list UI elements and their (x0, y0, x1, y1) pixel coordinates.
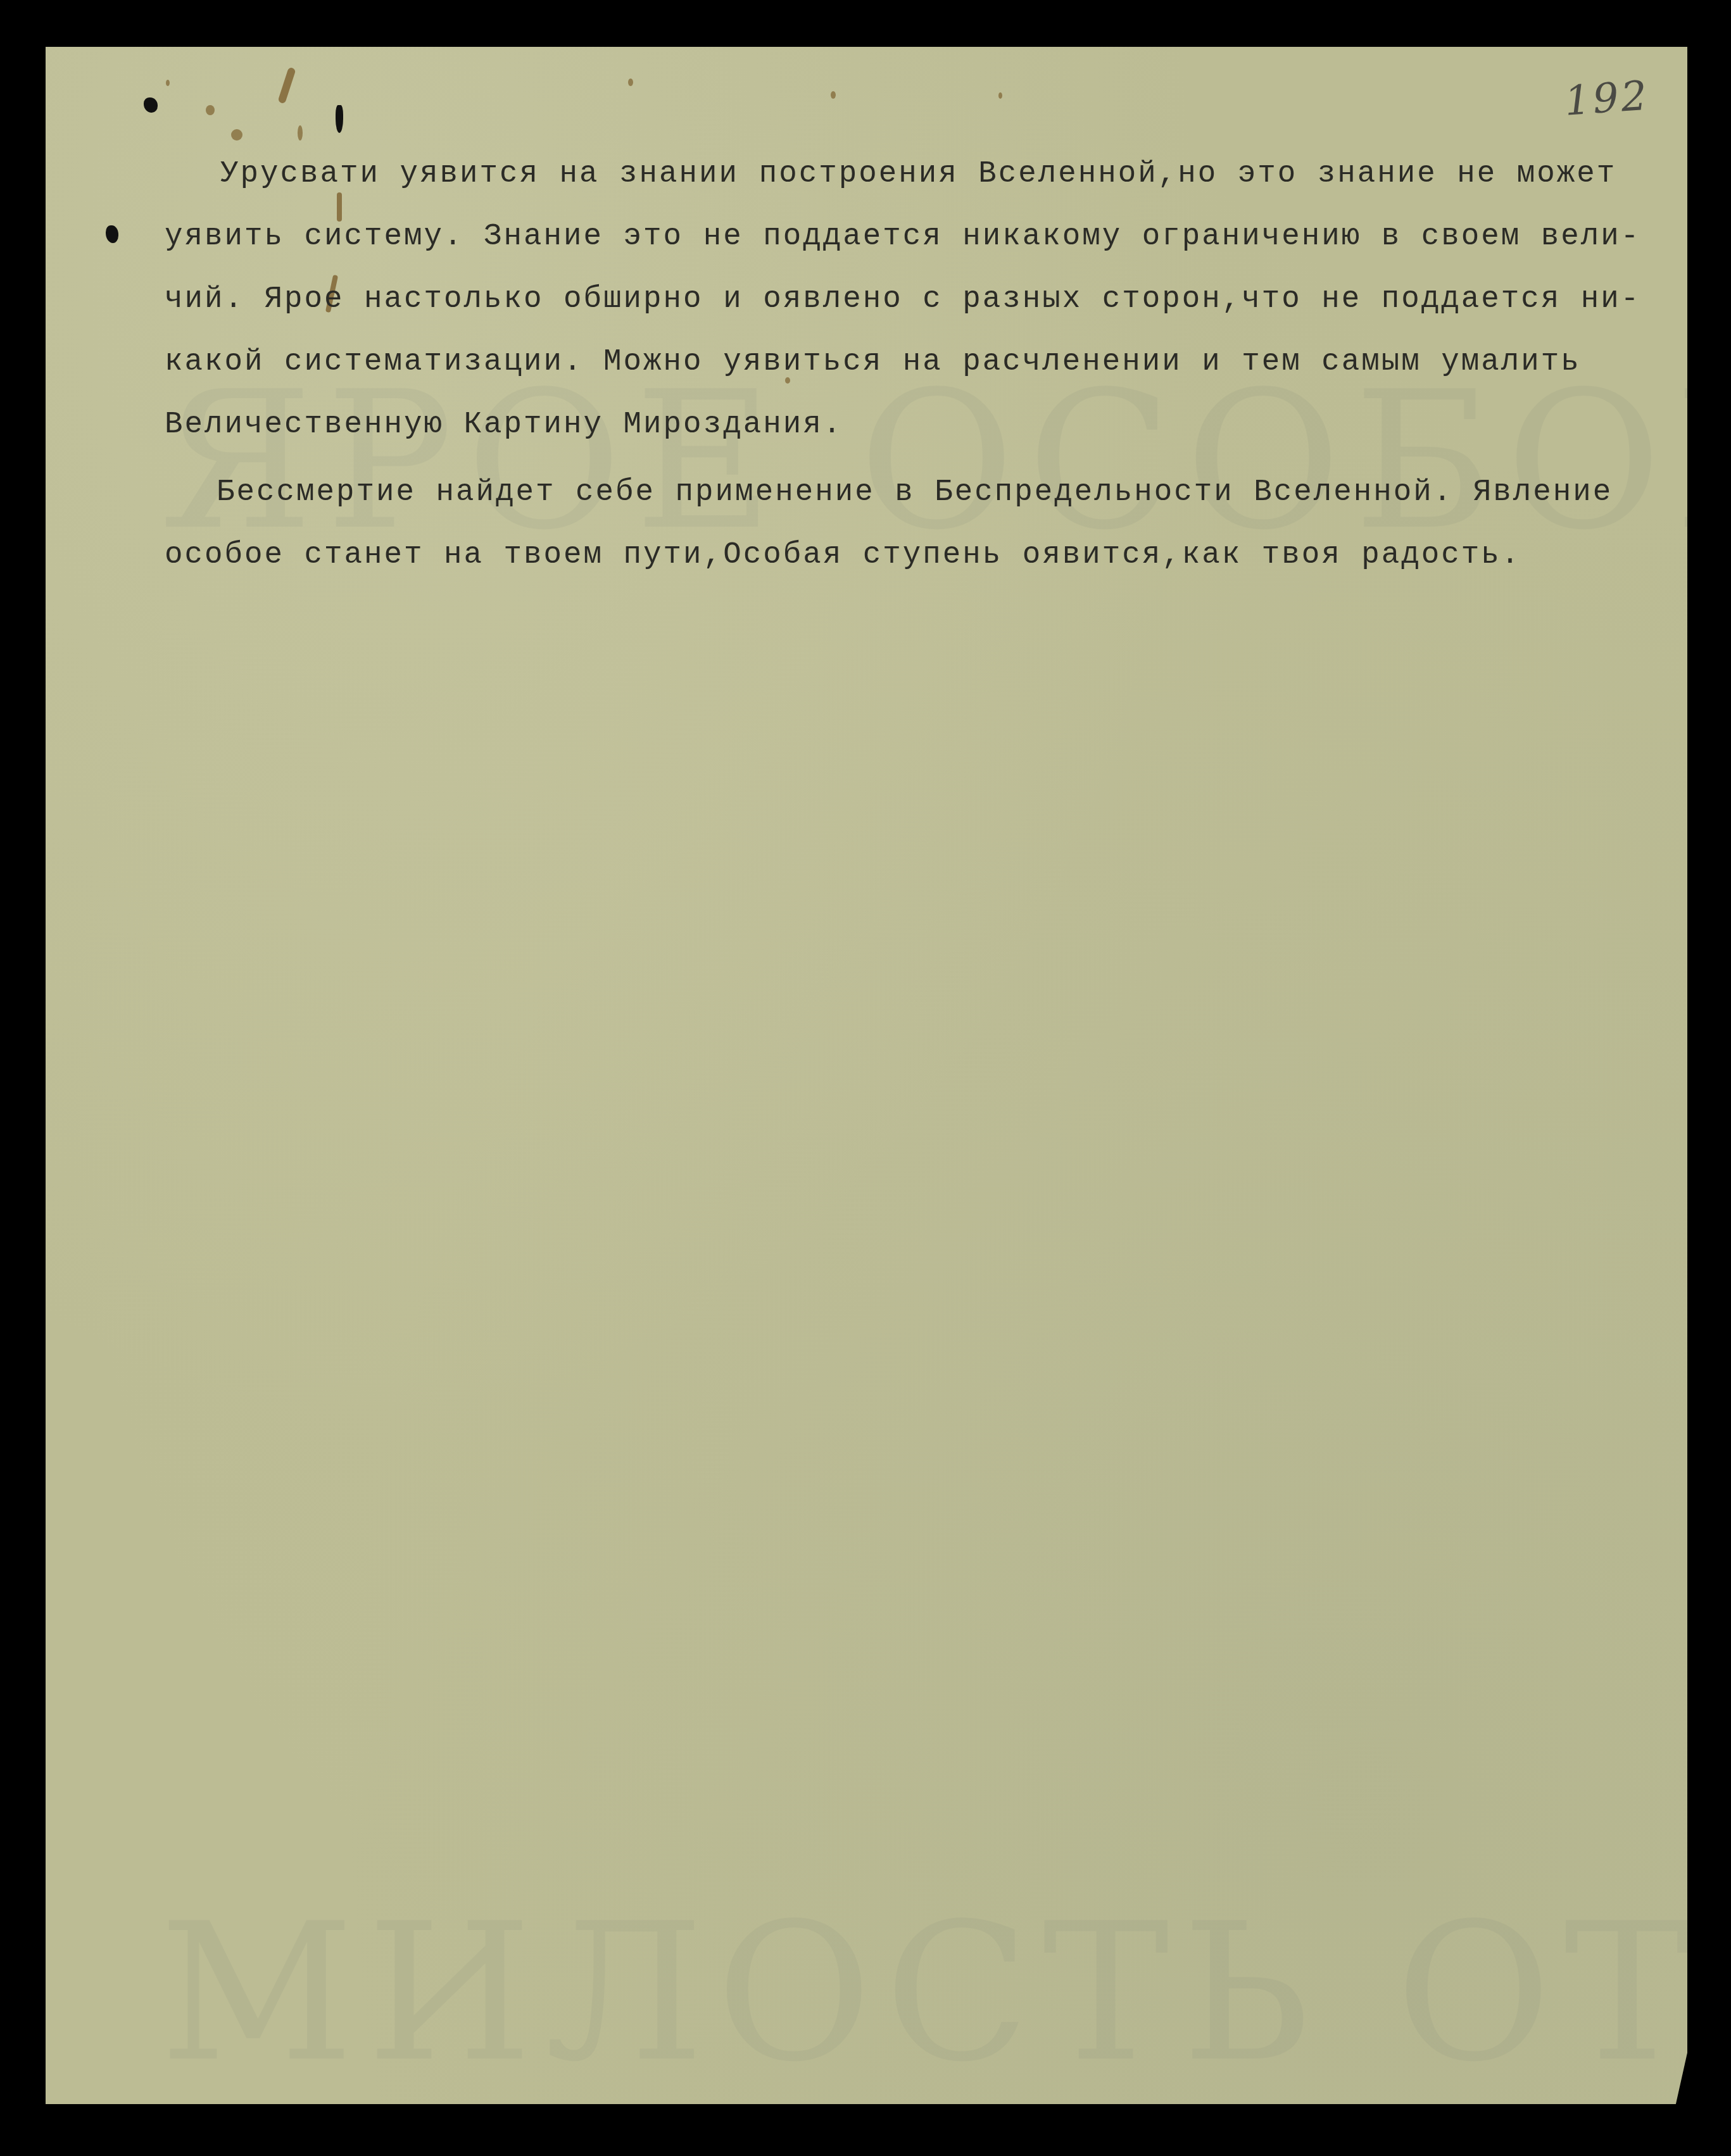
handwritten-page-number: 192 (1563, 72, 1651, 125)
rust-stain (277, 67, 296, 104)
rust-spot (206, 105, 215, 115)
rust-spot (298, 125, 303, 141)
text-line: чий. Ярое настолько обширно и оявлено с … (165, 268, 1596, 331)
document-page: ЯРОЕ ОСОБОЕ МИЛОСТЬ ОТЦА 192 Урусвати уя… (46, 47, 1687, 2104)
rust-spot (831, 91, 836, 99)
paragraph-1: Урусвати уявится на знании построения Вс… (165, 143, 1596, 456)
bleed-through-text: МИЛОСТЬ ОТЦА (160, 1883, 1731, 2103)
rust-spot (628, 78, 633, 86)
rust-spot (231, 129, 242, 141)
text-line: особое станет на твоем пути,Особая ступе… (165, 524, 1596, 587)
paragraph-2: Бессмертие найдет себе применение в Бесп… (165, 461, 1596, 587)
text-line: какой систематизации. Можно уявиться на … (165, 331, 1596, 394)
paragraph-spacer (165, 456, 1596, 461)
punch-hole (106, 225, 118, 243)
punch-hole (336, 105, 343, 133)
text-line: Бессмертие найдет себе применение в Бесп… (165, 461, 1596, 524)
text-line: уявить систему. Знание это не поддается … (165, 206, 1596, 268)
typewritten-body: Урусвати уявится на знании построения Вс… (165, 143, 1596, 587)
text-line: Величественную Картину Мироздания. (165, 394, 1596, 456)
rust-spot (998, 92, 1002, 99)
rust-spot (166, 80, 170, 86)
text-line: Урусвати уявится на знании построения Вс… (165, 143, 1596, 206)
punch-hole (144, 97, 158, 113)
